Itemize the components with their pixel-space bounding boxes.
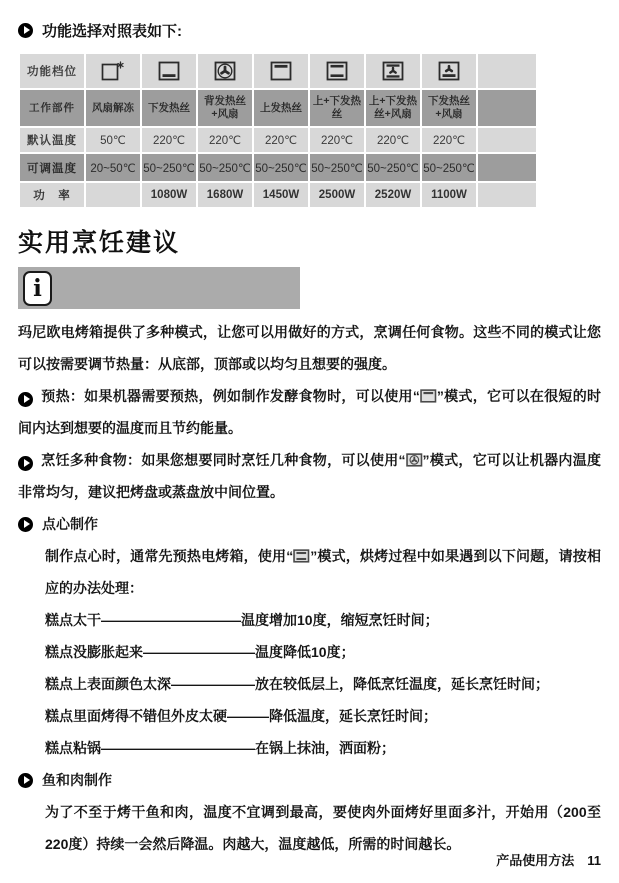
footer-label: 产品使用方法 (496, 853, 574, 868)
play-bullet-icon (18, 773, 33, 788)
play-bullet-icon (18, 456, 33, 471)
row-label: 功能档位 (20, 54, 84, 88)
function-table: 功能档位 (18, 52, 538, 209)
table-row-adjustable-temp: 可调温度 20~50℃ 50~250℃ 50~250℃ 50~250℃ 50~2… (20, 154, 536, 181)
page-number: 11 (587, 853, 601, 868)
table-cell: 1450W (254, 183, 308, 207)
function-table-intro-text: 功能选择对照表如下: (42, 20, 182, 41)
preheat-paragraph: 预热：如果机器需要预热，例如制作发酵食物时，可以使用“”模式，它可以在很短的时间… (18, 380, 601, 444)
table-cell-empty (478, 154, 536, 181)
table-cell (422, 54, 476, 88)
pastry-item: 糕点太干——————————温度增加10度，缩短烹饪时间； (45, 604, 601, 636)
multi-food-text-before: 烹饪多种食物：如果您想要同时烹饪几种食物，可以使用“ (41, 452, 406, 468)
table-cell: 1080W (142, 183, 196, 207)
page-title: 实用烹饪建议 (18, 223, 601, 259)
table-cell: 50~250℃ (310, 154, 364, 181)
table-cell: 220℃ (142, 128, 196, 152)
fan-defrost-icon (101, 61, 125, 81)
play-bullet-icon (18, 517, 33, 532)
bottom-heat-icon (158, 61, 180, 81)
table-cell (142, 54, 196, 88)
play-bullet-icon (18, 23, 33, 38)
rear-heat-fan-icon (214, 61, 236, 81)
table-cell: 220℃ (254, 128, 308, 152)
table-cell (198, 54, 252, 88)
table-cell: 下发热丝 (142, 90, 196, 126)
table-cell: 220℃ (310, 128, 364, 152)
play-bullet-icon (18, 392, 33, 407)
table-cell: 1100W (422, 183, 476, 207)
body-text: 玛尼欧电烤箱提供了多种模式，让您可以用做好的方式，烹调任何食物。这些不同的模式让… (18, 316, 601, 860)
table-cell: 220℃ (198, 128, 252, 152)
table-cell: 50℃ (86, 128, 140, 152)
table-cell (86, 54, 140, 88)
table-cell: 50~250℃ (422, 154, 476, 181)
table-cell: 50~250℃ (198, 154, 252, 181)
table-cell: 2520W (366, 183, 420, 207)
table-cell-empty (478, 90, 536, 126)
table-cell: 220℃ (422, 128, 476, 152)
table-cell: 20~50℃ (86, 154, 140, 181)
pastry-section-title-line: 点心制作 (18, 508, 601, 540)
table-cell-empty (478, 54, 536, 88)
table-cell: 50~250℃ (366, 154, 420, 181)
table-cell (86, 183, 140, 207)
row-label: 工作部件 (20, 90, 84, 126)
fish-meat-section-title-line: 鱼和肉制作 (18, 764, 601, 796)
page-footer: 产品使用方法11 (496, 850, 601, 869)
table-cell: 2500W (310, 183, 364, 207)
function-table-intro: 功能选择对照表如下: (18, 20, 601, 40)
preheat-text-before: 预热：如果机器需要预热，例如制作发酵食物时，可以使用“ (41, 388, 420, 404)
table-row-working-parts: 工作部件 风扇解冻 下发热丝 背发热丝+风扇 上发热丝 上+下发热丝 上+下发热… (20, 90, 536, 126)
info-icon: i (23, 271, 52, 306)
pastry-intro-paragraph: 制作点心时，通常先预热电烤箱，使用“”模式，烘烤过程中如果遇到以下问题，请按相应… (45, 540, 601, 604)
top-bottom-heat-icon (326, 61, 348, 81)
table-cell: 上+下发热丝 (310, 90, 364, 126)
pastry-item: 糕点里面烤得不错但外皮太硬———降低温度，延长烹饪时间； (45, 700, 601, 732)
table-cell-empty (478, 183, 536, 207)
intro-paragraph: 玛尼欧电烤箱提供了多种模式，让您可以用做好的方式，烹调任何食物。这些不同的模式让… (18, 316, 601, 380)
top-bottom-heat-mode-icon (293, 549, 310, 563)
table-cell (254, 54, 308, 88)
table-cell: 背发热丝+风扇 (198, 90, 252, 126)
row-label: 可调温度 (20, 154, 84, 181)
row-label: 默认温度 (20, 128, 84, 152)
table-cell: 风扇解冻 (86, 90, 140, 126)
multi-food-paragraph: 烹饪多种食物：如果您想要同时烹饪几种食物，可以使用“”模式，它可以让机器内温度非… (18, 444, 601, 508)
manual-page: 功能选择对照表如下: 功能档位 (0, 0, 619, 883)
pastry-item: 糕点没膨胀起来————————温度降低10度； (45, 636, 601, 668)
table-cell: 1680W (198, 183, 252, 207)
pastry-section-title: 点心制作 (42, 508, 98, 540)
table-cell: 上发热丝 (254, 90, 308, 126)
top-bottom-heat-fan-icon (382, 61, 404, 81)
pastry-item: 糕点粘锅———————————在锅上抹油，洒面粉； (45, 732, 601, 764)
pastry-item: 糕点上表面颜色太深——————放在较低层上，降低烹饪温度，延长烹饪时间； (45, 668, 601, 700)
top-heat-icon (270, 61, 292, 81)
table-cell: 下发热丝+风扇 (422, 90, 476, 126)
table-cell: 50~250℃ (254, 154, 308, 181)
table-row-function-modes: 功能档位 (20, 54, 536, 88)
table-row-power: 功 率 1080W 1680W 1450W 2500W 2520W 1100W (20, 183, 536, 207)
table-cell: 上+下发热丝+风扇 (366, 90, 420, 126)
top-heat-mode-icon (420, 389, 437, 403)
table-cell (366, 54, 420, 88)
table-row-default-temp: 默认温度 50℃ 220℃ 220℃ 220℃ 220℃ 220℃ 220℃ (20, 128, 536, 152)
table-cell (310, 54, 364, 88)
row-label: 功 率 (20, 183, 84, 207)
table-cell: 50~250℃ (142, 154, 196, 181)
fish-meat-section-title: 鱼和肉制作 (42, 764, 112, 796)
fan-mode-icon (406, 453, 423, 467)
table-cell-empty (478, 128, 536, 152)
table-cell: 220℃ (366, 128, 420, 152)
info-banner: i (18, 267, 300, 309)
bottom-heat-fan-icon (438, 61, 460, 81)
pastry-intro-before: 制作点心时，通常先预热电烤箱，使用“ (45, 548, 293, 564)
